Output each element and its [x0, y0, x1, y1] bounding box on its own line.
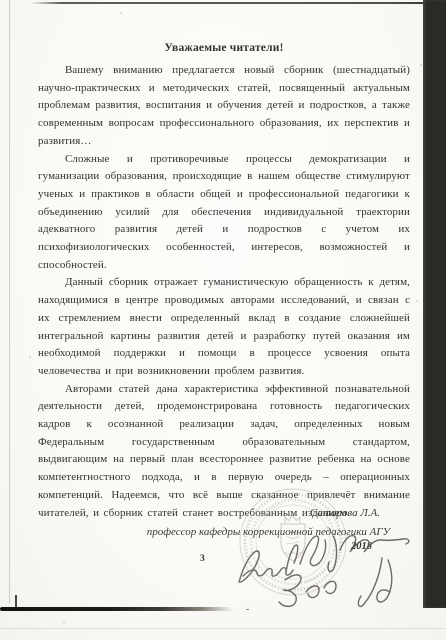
signature-name: Сатарова Л.А.	[310, 507, 380, 519]
scan-artifact-left-fold-line	[9, 0, 10, 604]
paragraph-authors: Авторами статей дана характеристика эффе…	[38, 381, 410, 523]
paper-speck	[416, 300, 418, 302]
paragraph-intro: Вашему вниманию предлагается новый сборн…	[38, 62, 410, 151]
scan-artifact-top-edge	[30, 2, 424, 4]
handwritten-signature	[230, 530, 446, 630]
page-number: 3	[200, 554, 205, 564]
scan-artifact-bottom-line	[0, 607, 240, 611]
scan-artifact-dot	[246, 609, 249, 610]
document-body: Уважаемые читатели! Вашему вниманию пред…	[38, 42, 410, 522]
paragraph-collection: Данный сборник отражает гуманистическую …	[38, 274, 410, 380]
scan-artifact-shadow-line	[0, 628, 446, 629]
paper-speck	[120, 12, 122, 14]
scan-artifact-right-black-band	[423, 0, 446, 608]
scanned-document-page: Уважаемые читатели! Вашему вниманию пред…	[0, 0, 446, 640]
paper-speck	[29, 356, 31, 358]
paper-speck	[63, 621, 65, 623]
paragraph-processes: Сложные и противоречивые процессы демокр…	[38, 151, 410, 275]
paper-speck	[420, 64, 422, 66]
document-title: Уважаемые читатели!	[38, 42, 410, 54]
